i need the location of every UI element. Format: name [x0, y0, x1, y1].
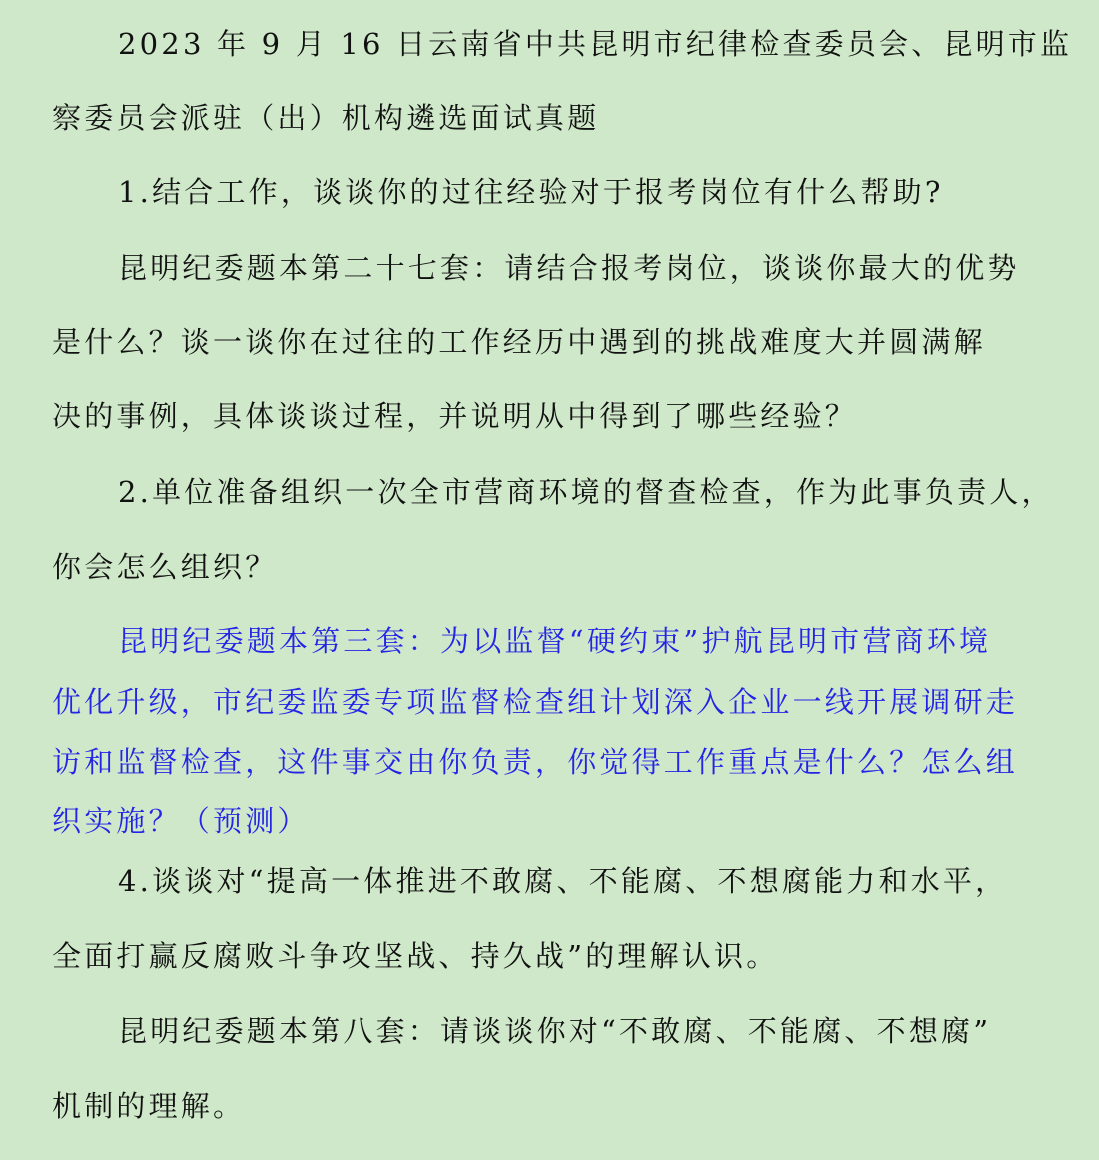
question-1: 1.结合工作，谈谈你的过往经验对于报考岗位有什么帮助? [118, 174, 944, 210]
question-4-reference-line-2: 机制的理解。 [52, 1088, 245, 1124]
question-2-line-1: 2.单位准备组织一次全市营商环境的督查检查，作为此事负责人， [118, 474, 1054, 510]
question-2-line-2: 你会怎么组织？ [52, 549, 277, 585]
question-4-line-2: 全面打赢反腐败斗争攻坚战、持久战”的理解认识。 [52, 938, 778, 974]
document-page: 2023 年 9 月 16 日云南省中共昆明市纪律检查委员会、昆明市监 察委员会… [0, 0, 1099, 1160]
question-2-reference-line-4: 织实施？（预测） [52, 803, 310, 839]
question-1-reference-line-1: 昆明纪委题本第二十七套：请结合报考岗位，谈谈你最大的优势 [118, 250, 1020, 286]
question-4-reference-line-1: 昆明纪委题本第八套：请谈谈你对“不敢腐、不能腐、不想腐” [118, 1013, 991, 1049]
question-4-line-1: 4.谈谈对“提高一体推进不敢腐、不能腐、不想腐能力和水平， [118, 863, 1007, 899]
question-1-reference-line-3: 决的事例，具体谈谈过程，并说明从中得到了哪些经验？ [52, 398, 857, 434]
question-2-reference-line-2: 优化升级，市纪委监委专项监督检查组计划深入企业一线开展调研走 [52, 684, 1018, 720]
question-2-reference-line-3: 访和监督检查，这件事交由你负责，你觉得工作重点是什么？怎么组 [52, 744, 1018, 780]
title-line-2: 察委员会派驻（出）机构遴选面试真题 [52, 100, 599, 136]
question-1-reference-line-2: 是什么？谈一谈你在过往的工作经历中遇到的挑战难度大并圆满解 [52, 324, 986, 360]
question-2-reference-line-1: 昆明纪委题本第三套：为以监督“硬约束”护航昆明市营商环境 [118, 623, 991, 659]
title-line-1: 2023 年 9 月 16 日云南省中共昆明市纪律检查委员会、昆明市监 [118, 26, 1072, 62]
